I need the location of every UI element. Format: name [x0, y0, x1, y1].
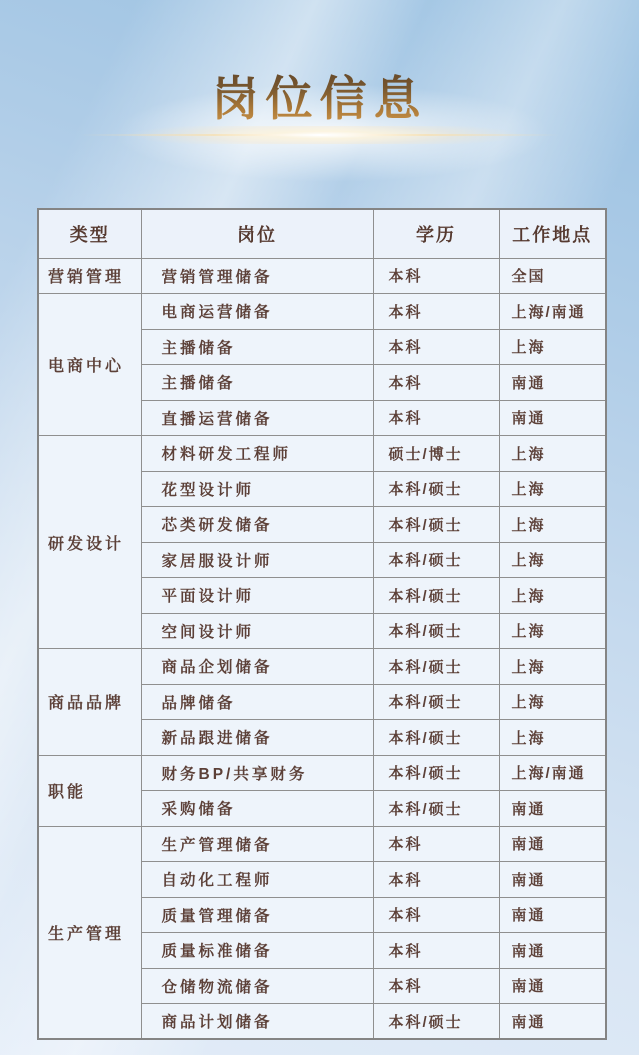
- position-cell: 电商运营储备: [141, 294, 373, 330]
- education-cell: 本科/硕士: [373, 720, 499, 756]
- position-cell: 财务BP/共享财务: [141, 755, 373, 791]
- education-cell: 本科/硕士: [373, 791, 499, 827]
- location-cell: 上海: [499, 542, 606, 578]
- column-header-location: 工作地点: [499, 209, 606, 258]
- category-cell: 研发设计: [38, 436, 141, 649]
- location-cell: 南通: [499, 791, 606, 827]
- category-cell: 生产管理: [38, 826, 141, 1039]
- location-cell: 上海/南通: [499, 755, 606, 791]
- education-cell: 本科/硕士: [373, 578, 499, 614]
- education-cell: 本科: [373, 897, 499, 933]
- education-cell: 本科/硕士: [373, 1004, 499, 1040]
- table-row: 营销管理营销管理储备本科全国: [38, 258, 606, 294]
- position-cell: 主播储备: [141, 329, 373, 365]
- education-cell: 本科: [373, 826, 499, 862]
- table-row: 电商中心电商运营储备本科上海/南通: [38, 294, 606, 330]
- education-cell: 本科: [373, 400, 499, 436]
- page-title: 岗位信息: [0, 62, 639, 129]
- position-cell: 家居服设计师: [141, 542, 373, 578]
- position-cell: 仓储物流储备: [141, 968, 373, 1004]
- location-cell: 南通: [499, 826, 606, 862]
- location-cell: 上海: [499, 329, 606, 365]
- table-header-row: 类型 岗位 学历 工作地点: [38, 209, 606, 258]
- education-cell: 本科/硕士: [373, 507, 499, 543]
- jobs-table: 类型 岗位 学历 工作地点 营销管理营销管理储备本科全国电商中心电商运营储备本科…: [37, 208, 607, 1040]
- location-cell: 南通: [499, 365, 606, 401]
- location-cell: 上海: [499, 684, 606, 720]
- column-header-position: 岗位: [141, 209, 373, 258]
- position-cell: 自动化工程师: [141, 862, 373, 898]
- position-cell: 新品跟进储备: [141, 720, 373, 756]
- position-cell: 花型设计师: [141, 471, 373, 507]
- location-cell: 南通: [499, 968, 606, 1004]
- table-row: 职能财务BP/共享财务本科/硕士上海/南通: [38, 755, 606, 791]
- location-cell: 上海: [499, 471, 606, 507]
- education-cell: 本科/硕士: [373, 755, 499, 791]
- position-cell: 材料研发工程师: [141, 436, 373, 472]
- category-cell: 职能: [38, 755, 141, 826]
- position-cell: 生产管理储备: [141, 826, 373, 862]
- education-cell: 硕士/博士: [373, 436, 499, 472]
- location-cell: 南通: [499, 862, 606, 898]
- position-cell: 空间设计师: [141, 613, 373, 649]
- location-cell: 上海: [499, 436, 606, 472]
- location-cell: 上海: [499, 720, 606, 756]
- position-cell: 商品企划储备: [141, 649, 373, 685]
- position-cell: 平面设计师: [141, 578, 373, 614]
- table-row: 研发设计材料研发工程师硕士/博士上海: [38, 436, 606, 472]
- position-cell: 直播运营储备: [141, 400, 373, 436]
- education-cell: 本科: [373, 294, 499, 330]
- position-cell: 质量标准储备: [141, 933, 373, 969]
- location-cell: 上海: [499, 613, 606, 649]
- category-cell: 电商中心: [38, 294, 141, 436]
- location-cell: 南通: [499, 1004, 606, 1040]
- location-cell: 上海: [499, 649, 606, 685]
- position-cell: 质量管理储备: [141, 897, 373, 933]
- column-header-education: 学历: [373, 209, 499, 258]
- column-header-category: 类型: [38, 209, 141, 258]
- education-cell: 本科: [373, 968, 499, 1004]
- education-cell: 本科/硕士: [373, 613, 499, 649]
- education-cell: 本科: [373, 862, 499, 898]
- position-cell: 营销管理储备: [141, 258, 373, 294]
- position-cell: 品牌储备: [141, 684, 373, 720]
- education-cell: 本科/硕士: [373, 542, 499, 578]
- position-cell: 主播储备: [141, 365, 373, 401]
- education-cell: 本科/硕士: [373, 649, 499, 685]
- category-cell: 营销管理: [38, 258, 141, 294]
- location-cell: 南通: [499, 400, 606, 436]
- location-cell: 上海: [499, 578, 606, 614]
- location-cell: 上海/南通: [499, 294, 606, 330]
- lens-flare-line: [80, 134, 560, 136]
- location-cell: 南通: [499, 897, 606, 933]
- position-cell: 芯类研发储备: [141, 507, 373, 543]
- location-cell: 全国: [499, 258, 606, 294]
- education-cell: 本科: [373, 258, 499, 294]
- education-cell: 本科: [373, 329, 499, 365]
- position-cell: 采购储备: [141, 791, 373, 827]
- table-row: 生产管理生产管理储备本科南通: [38, 826, 606, 862]
- education-cell: 本科/硕士: [373, 471, 499, 507]
- location-cell: 上海: [499, 507, 606, 543]
- position-cell: 商品计划储备: [141, 1004, 373, 1040]
- location-cell: 南通: [499, 933, 606, 969]
- education-cell: 本科: [373, 933, 499, 969]
- table-row: 商品品牌商品企划储备本科/硕士上海: [38, 649, 606, 685]
- education-cell: 本科: [373, 365, 499, 401]
- education-cell: 本科/硕士: [373, 684, 499, 720]
- category-cell: 商品品牌: [38, 649, 141, 756]
